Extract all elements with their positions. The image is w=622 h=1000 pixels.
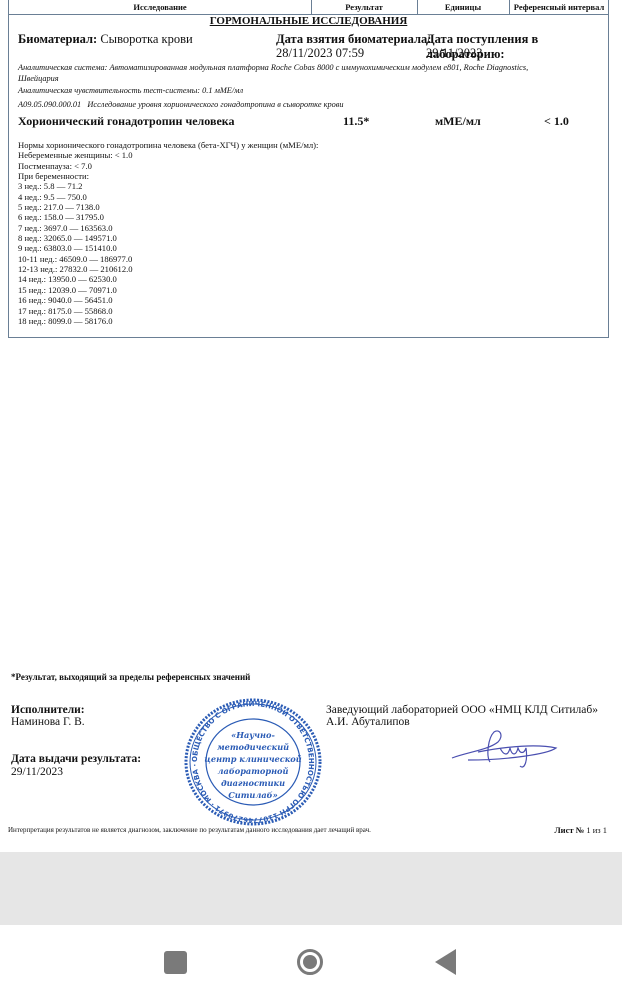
stamp-icon: ОБЩЕСТВО С ОГРАНИЧЕННОЙ ОТВЕТСТВЕННОСТЬЮ…	[183, 697, 323, 827]
test-reference: < 1.0	[544, 114, 569, 129]
norm-line: Постменпауза: < 7.0	[18, 161, 318, 171]
norm-line: 7 нед.: 3697.0 — 163563.0	[18, 223, 318, 233]
test-result: 11.5*	[343, 114, 369, 129]
taken-date-value: 28/11/2023 07:59	[276, 46, 364, 61]
norm-line: 8 нед.: 32065.0 — 149571.0	[18, 233, 318, 243]
norm-line: 3 нед.: 5.8 — 71.2	[18, 181, 318, 191]
norm-line: 15 нед.: 12039.0 — 70971.0	[18, 285, 318, 295]
svg-text:Ситилаб»: Ситилаб»	[228, 790, 277, 800]
disclaimer: Интерпретация результатов не является ди…	[8, 826, 371, 834]
table-header: Исследование Результат Единицы Референсн…	[9, 0, 608, 15]
norm-line: 6 нед.: 158.0 — 31795.0	[18, 212, 318, 222]
back-icon	[435, 949, 456, 975]
issue-date-label: Дата выдачи результата:	[11, 753, 141, 765]
executors-name: Наминова Г. В.	[11, 716, 85, 728]
issue-date-value: 29/11/2023	[11, 766, 63, 778]
header-reference: Референсный интервал	[509, 0, 609, 14]
svg-text:методический: методический	[217, 742, 289, 752]
test-description: Исследование уровня хорионического гонад…	[87, 100, 343, 109]
sensitivity: Аналитическая чувствительность тест-сист…	[18, 86, 243, 95]
svg-text:диагностики: диагностики	[221, 778, 285, 788]
sheet-label: Лист №	[554, 825, 584, 835]
test-units: мМЕ/мл	[435, 114, 481, 129]
norm-line: 16 нед.: 9040.0 — 56451.0	[18, 295, 318, 305]
reference-norms: Нормы хорионического гонадотропина челов…	[18, 140, 318, 326]
analytic-system: Аналитическая система: Автоматизированна…	[18, 63, 528, 72]
norm-line: 4 нед.: 9.5 — 750.0	[18, 192, 318, 202]
android-navbar	[0, 925, 622, 1000]
norm-line: 18 нед.: 8099.0 — 58176.0	[18, 316, 318, 326]
back-button[interactable]	[425, 942, 465, 982]
taken-date-label: Дата взятия биоматериала:	[276, 32, 431, 47]
recents-icon	[164, 951, 187, 974]
received-date-value: 29/11/2023	[426, 46, 482, 61]
analytic-system-cont: Швейцария	[18, 74, 59, 83]
svg-text:лабораторной: лабораторной	[218, 766, 289, 776]
norm-line: Небеременные женщины: < 1.0	[18, 150, 318, 160]
header-units: Единицы	[417, 0, 509, 14]
section-title: ГОРМОНАЛЬНЫЕ ИССЛЕДОВАНИЯ	[9, 15, 608, 27]
norm-line: 14 нед.: 13950.0 — 62530.0	[18, 274, 318, 284]
sheet-number: Лист № 1 из 1	[554, 825, 607, 835]
biomaterial-label: Биоматериал:	[18, 32, 97, 46]
test-code-line: A09.05.090.000.01 Исследование уровня хо…	[18, 100, 344, 109]
norm-line: 12-13 нед.: 27832.0 — 210612.0	[18, 264, 318, 274]
table-row: Хорионический гонадотропин человека 11.5…	[9, 114, 608, 130]
home-button[interactable]	[290, 942, 330, 982]
svg-text:«Научно-: «Научно-	[231, 730, 275, 740]
home-icon	[297, 949, 323, 975]
svg-text:центр клинической: центр клинической	[204, 754, 301, 764]
norm-line: 9 нед.: 63803.0 — 151410.0	[18, 243, 318, 253]
signature-icon	[448, 722, 560, 772]
test-name: Хорионический гонадотропин человека	[18, 114, 235, 129]
header-result: Результат	[311, 0, 417, 14]
footnote: *Результат, выходящий за пределы референ…	[11, 672, 250, 682]
norm-line: 10-11 нед.: 46509.0 — 186977.0	[18, 254, 318, 264]
test-code: A09.05.090.000.01	[18, 100, 81, 109]
norm-line: 5 нед.: 217.0 — 7138.0	[18, 202, 318, 212]
recents-button[interactable]	[155, 942, 195, 982]
norm-line: Нормы хорионического гонадотропина челов…	[18, 140, 318, 150]
executors-label: Исполнители:	[11, 704, 85, 716]
biomaterial-value: Сыворотка крови	[100, 32, 192, 46]
header-study: Исследование	[9, 0, 311, 14]
norm-line: 17 нед.: 8175.0 — 55868.0	[18, 306, 318, 316]
viewer-bottom-area	[0, 852, 622, 925]
biomaterial: Биоматериал: Сыворотка крови	[18, 32, 193, 47]
lab-head-name: А.И. Абуталипов	[326, 716, 410, 728]
norm-line: При беременности:	[18, 171, 318, 181]
results-table: Исследование Результат Единицы Референсн…	[8, 0, 609, 338]
sheet-value: 1 из 1	[586, 825, 607, 835]
lab-head-title: Заведующий лабораторией ООО «НМЦ КЛД Сит…	[326, 704, 598, 716]
